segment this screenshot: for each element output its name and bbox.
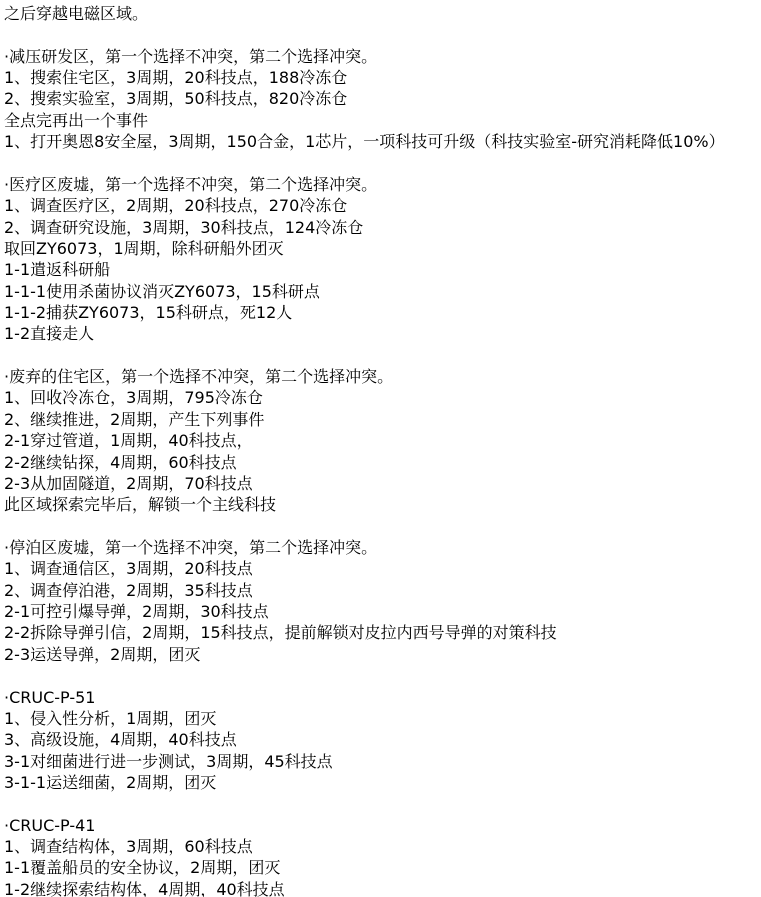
text-line: ·减压研发区，第一个选择不冲突，第二个选择冲突。 <box>4 46 761 67</box>
text-line: 1、调查结构体，3周期，60科技点 <box>4 836 761 857</box>
text-line: 2、调查停泊港，2周期，35科技点 <box>4 580 761 601</box>
text-line: 2-2继续钻探，4周期，60科技点 <box>4 452 761 473</box>
text-line: 2、调查研究设施，3周期，30科技点，124冷冻仓 <box>4 217 761 238</box>
text-line: 1-1遣返科研船 <box>4 259 761 280</box>
blank-line <box>4 665 761 686</box>
blank-line <box>4 24 761 45</box>
text-line: 1、搜索住宅区，3周期，20科技点，188冷冻仓 <box>4 67 761 88</box>
text-line: 2-2拆除导弹引信，2周期，15科技点，提前解锁对皮拉内西号导弹的对策科技 <box>4 622 761 643</box>
text-line: 1-1覆盖船员的安全协议，2周期，团灭 <box>4 857 761 878</box>
text-line: 1、回收冷冻仓，3周期，795冷冻仓 <box>4 387 761 408</box>
text-line: 1-2继续探索结构体，4周期，40科技点 <box>4 879 761 897</box>
text-line: 2-1可控引爆导弹，2周期，30科技点 <box>4 601 761 622</box>
blank-line <box>4 153 761 174</box>
text-line: 3、高级设施，4周期，40科技点 <box>4 729 761 750</box>
text-line: ·CRUC-P-41 <box>4 815 761 836</box>
text-line: 1、侵入性分析，1周期，团灭 <box>4 708 761 729</box>
text-line: 1-1-1使用杀菌协议消灭ZY6073，15科研点 <box>4 281 761 302</box>
text-line: 2-1穿过管道，1周期，40科技点， <box>4 430 761 451</box>
text-line: 1-2直接走人 <box>4 323 761 344</box>
blank-line <box>4 345 761 366</box>
text-line: 1-1-2捕获ZY6073，15科研点，死12人 <box>4 302 761 323</box>
text-line: ·CRUC-P-51 <box>4 687 761 708</box>
text-line: 2、搜索实验室，3周期，50科技点，820冷冻仓 <box>4 88 761 109</box>
text-line: 此区域探索完毕后，解锁一个主线科技 <box>4 494 761 515</box>
blank-line <box>4 793 761 814</box>
text-line: ·停泊区废墟，第一个选择不冲突，第二个选择冲突。 <box>4 537 761 558</box>
blank-line <box>4 516 761 537</box>
text-line: 1、调查医疗区，2周期，20科技点，270冷冻仓 <box>4 195 761 216</box>
text-line: 3-1-1运送细菌，2周期，团灭 <box>4 772 761 793</box>
text-line: 全点完再出一个事件 <box>4 110 761 131</box>
text-line: 取回ZY6073，1周期，除科研船外团灭 <box>4 238 761 259</box>
text-line: ·废弃的住宅区，第一个选择不冲突，第二个选择冲突。 <box>4 366 761 387</box>
text-line: 之后穿越电磁区域。 <box>4 3 761 24</box>
text-line: 1、调查通信区，3周期，20科技点 <box>4 558 761 579</box>
text-line: ·医疗区废墟，第一个选择不冲突，第二个选择冲突。 <box>4 174 761 195</box>
text-line: 2-3从加固隧道，2周期，70科技点 <box>4 473 761 494</box>
text-line: 1、打开奥恩8安全屋，3周期，150合金，1芯片，一项科技可升级（科技实验室-研… <box>4 131 761 152</box>
text-line: 2-3运送导弹，2周期，团灭 <box>4 644 761 665</box>
text-line: 3-1对细菌进行进一步测试，3周期，45科技点 <box>4 751 761 772</box>
text-line: 2、继续推进，2周期，产生下列事件 <box>4 409 761 430</box>
text-document: 之后穿越电磁区域。·减压研发区，第一个选择不冲突，第二个选择冲突。1、搜索住宅区… <box>0 0 761 897</box>
